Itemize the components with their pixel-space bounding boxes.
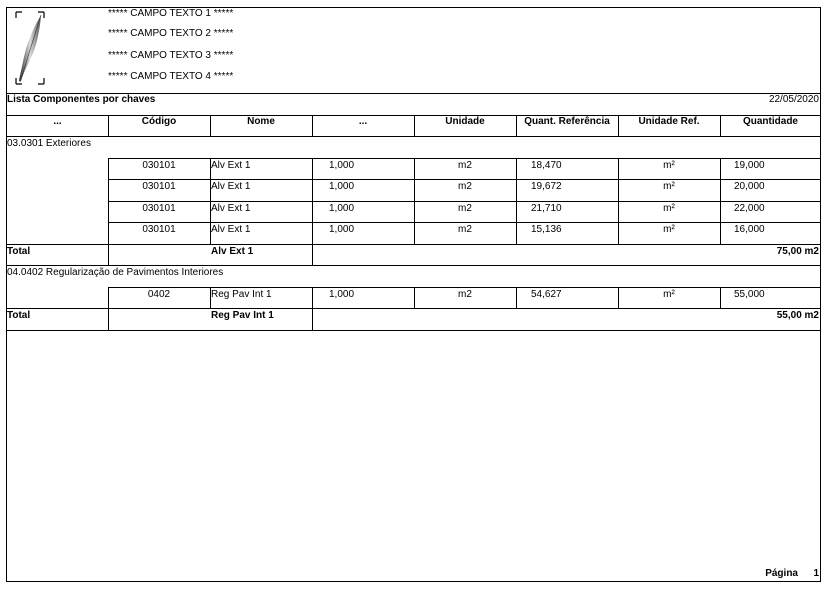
campo-texto-2: ***** CAMPO TEXTO 2 ***** — [108, 28, 233, 39]
cell-col4: 1,000 — [312, 202, 414, 215]
column-divider — [108, 244, 109, 267]
total-name: Reg Pav Int 1 — [211, 309, 274, 322]
column-divider — [108, 308, 109, 331]
page-label: Página — [765, 568, 798, 579]
group-label: 04.0402 Regularização de Pavimentos Inte… — [7, 266, 223, 279]
column-header: Nome — [210, 115, 312, 128]
cell-unidade-ref: m² — [618, 159, 720, 172]
report-title: Lista Componentes por chaves — [7, 94, 155, 105]
total-value: 75,00 m2 — [777, 245, 819, 258]
campo-texto-1: ***** CAMPO TEXTO 1 ***** — [108, 8, 233, 19]
cell-nome: Alv Ext 1 — [210, 180, 312, 193]
cell-unidade-ref: m² — [618, 223, 720, 236]
cell-nome: Alv Ext 1 — [210, 223, 312, 236]
cell-codigo: 030101 — [108, 223, 210, 236]
cell-unidade: m2 — [414, 223, 516, 236]
cell-quant-ref: 15,136 — [516, 223, 618, 236]
total-top-border — [7, 308, 820, 309]
total-label: Total — [7, 245, 30, 258]
total-value: 55,00 m2 — [777, 309, 819, 322]
cell-quant-ref: 18,470 — [516, 159, 618, 172]
cell-quant-ref: 21,710 — [516, 202, 618, 215]
cell-codigo: 030101 — [108, 202, 210, 215]
campo-texto-3: ***** CAMPO TEXTO 3 ***** — [108, 50, 233, 61]
cell-col4: 1,000 — [312, 180, 414, 193]
column-divider — [312, 244, 313, 267]
cell-quantidade: 16,000 — [720, 223, 821, 236]
total-label: Total — [7, 309, 30, 322]
column-header: ... — [312, 115, 414, 128]
cell-codigo: 0402 — [108, 288, 210, 301]
column-header: ... — [7, 115, 108, 128]
cell-unidade-ref: m² — [618, 202, 720, 215]
column-header: Quantidade — [720, 115, 821, 128]
column-header: Unidade Ref. — [618, 115, 720, 128]
campo-texto-4: ***** CAMPO TEXTO 4 ***** — [108, 71, 233, 82]
cell-quantidade: 22,000 — [720, 202, 821, 215]
cell-codigo: 030101 — [108, 159, 210, 172]
cell-nome: Alv Ext 1 — [210, 159, 312, 172]
page-number: 1 — [813, 568, 819, 579]
cell-quant-ref: 19,672 — [516, 180, 618, 193]
report-page: ***** CAMPO TEXTO 1 ***** ***** CAMPO TE… — [6, 7, 821, 582]
cell-quantidade: 20,000 — [720, 180, 821, 193]
cell-quantidade: 19,000 — [720, 159, 821, 172]
column-divider — [312, 308, 313, 331]
cell-quantidade: 55,000 — [720, 288, 821, 301]
report-date: 22/05/2020 — [769, 94, 819, 105]
cell-nome: Reg Pav Int 1 — [210, 288, 312, 301]
cell-col4: 1,000 — [312, 223, 414, 236]
cell-unidade: m2 — [414, 202, 516, 215]
cell-unidade-ref: m² — [618, 288, 720, 301]
feather-quill-icon — [15, 11, 45, 85]
cell-col4: 1,000 — [312, 288, 414, 301]
column-header: Quant. Referência — [516, 115, 618, 128]
cell-unidade-ref: m² — [618, 180, 720, 193]
cell-nome: Alv Ext 1 — [210, 202, 312, 215]
cell-unidade: m2 — [414, 159, 516, 172]
column-header: Unidade — [414, 115, 516, 128]
cell-quant-ref: 54,627 — [516, 288, 618, 301]
cell-col4: 1,000 — [312, 159, 414, 172]
cell-unidade: m2 — [414, 180, 516, 193]
total-name: Alv Ext 1 — [211, 245, 253, 258]
total-top-border — [7, 244, 820, 245]
column-header: Código — [108, 115, 210, 128]
cell-unidade: m2 — [414, 288, 516, 301]
group-label: 03.0301 Exteriores — [7, 137, 91, 150]
cell-codigo: 030101 — [108, 180, 210, 193]
total-bottom-border — [7, 330, 820, 331]
